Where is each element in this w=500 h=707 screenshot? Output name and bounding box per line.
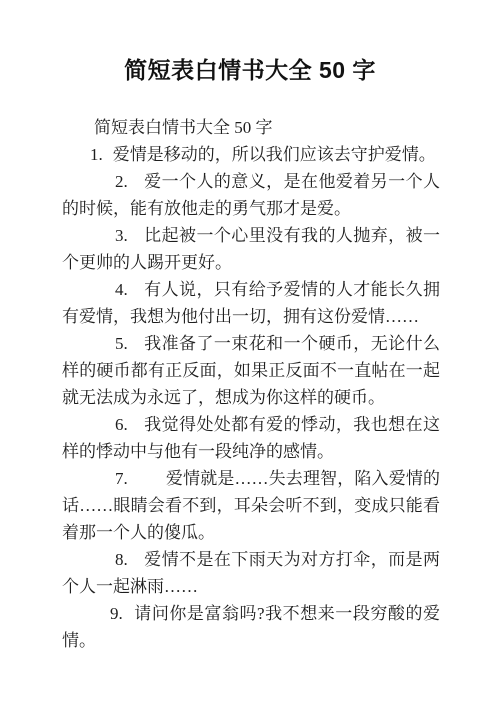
love-quote-item: 9.请问你是富翁吗?我不想来一段穷酸的爱情。 — [62, 600, 440, 654]
love-quote-item: 6.我觉得处处都有爱的悸动，我也想在这样的悸动中与他有一段纯净的感情。 — [62, 411, 440, 465]
item-number: 3. — [115, 226, 128, 245]
love-quote-item: 5.我准备了一束花和一个硬币，无论什么样的硬币都有正反面，如果正反面不一直帖在一… — [62, 330, 440, 411]
item-number: 8. — [115, 550, 128, 569]
item-text: 爱情是移动的，所以我们应该去守护爱情。 — [113, 145, 436, 164]
quote-list: 1.爱情是移动的，所以我们应该去守护爱情。2.爱一个人的意义，是在他爱着另一个人… — [62, 141, 440, 654]
love-quote-item: 3.比起被一个心里没有我的人抛弃，被一个更帅的人踢开更好。 — [62, 222, 440, 276]
item-number: 9. — [110, 604, 123, 623]
love-quote-item: 1.爱情是移动的，所以我们应该去守护爱情。 — [62, 141, 440, 168]
item-number: 1. — [90, 145, 103, 164]
love-quote-item: 8.爱情不是在下雨天为对方打伞，而是两个人一起淋雨…… — [62, 546, 440, 600]
document-body: 简短表白情书大全 50 字 1.爱情是移动的，所以我们应该去守护爱情。2.爱一个… — [62, 114, 440, 654]
page-title: 简短表白情书大全 50 字 — [0, 0, 500, 85]
subtitle: 简短表白情书大全 50 字 — [62, 114, 440, 141]
love-quote-item: 4.有人说，只有给予爱情的人才能长久拥有爱情，我想为他付出一切，拥有这份爱情…… — [62, 276, 440, 330]
document-page: 简短表白情书大全 50 字 简短表白情书大全 50 字 1.爱情是移动的，所以我… — [0, 0, 500, 707]
love-quote-item: 7.爱情就是……失去理智，陷入爱情的话……眼睛会看不到，耳朵会听不到，变成只能看… — [62, 465, 440, 546]
item-number: 5. — [115, 334, 128, 353]
item-number: 2. — [115, 172, 128, 191]
item-number: 6. — [115, 415, 128, 434]
love-quote-item: 2.爱一个人的意义，是在他爱着另一个人的时候，能有放他走的勇气那才是爱。 — [62, 168, 440, 222]
item-number: 7. — [115, 469, 128, 488]
item-number: 4. — [115, 280, 128, 299]
